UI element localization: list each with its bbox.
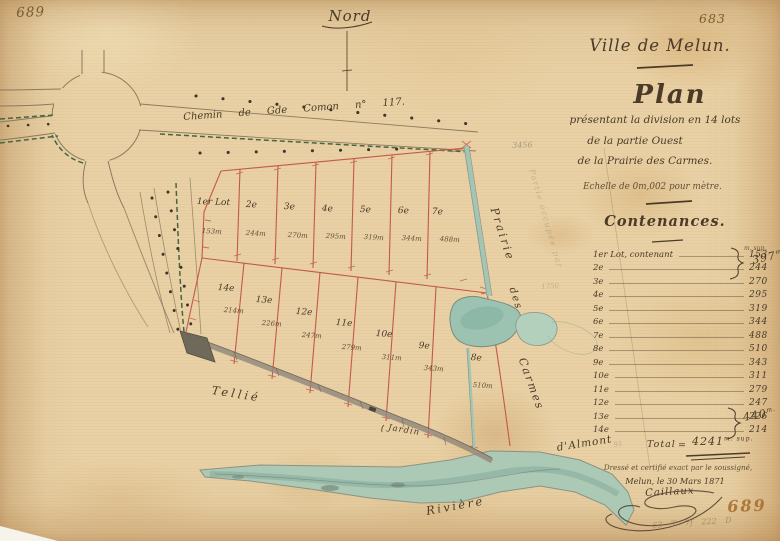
- row-leader: [609, 350, 744, 351]
- table-row: 3e270: [593, 273, 780, 287]
- row-leader: [609, 323, 744, 324]
- table-row: 10e311: [593, 368, 780, 382]
- table-row: 6e344: [593, 314, 780, 328]
- lot-label-1: 1er Lot: [197, 197, 231, 208]
- lot-area-6: 344m: [402, 234, 422, 243]
- total-label: Total: [647, 439, 676, 450]
- row-value: 270: [749, 277, 780, 287]
- table-row: 11e279: [593, 381, 780, 395]
- group-subtotal-unit: m.: [775, 247, 780, 256]
- title-subtitle1: présentant la division en 14 lots: [537, 114, 773, 126]
- table-row: 5e319: [593, 300, 780, 314]
- row-leader: [615, 391, 744, 392]
- total-value-unit: m. sup.: [724, 435, 753, 442]
- group-subtotal-unit: m.: [766, 405, 777, 414]
- lot-label-2: 2e: [246, 200, 257, 210]
- row-lot: 1er Lot, contenant: [593, 250, 673, 260]
- row-value: 214: [749, 425, 780, 435]
- river: [200, 451, 634, 525]
- row-leader: [609, 337, 744, 338]
- lot-label-10: 10e: [375, 329, 392, 340]
- lot-label-7: 7e: [432, 207, 443, 217]
- table-row: 7e488: [593, 327, 780, 341]
- archive-stamp: 689: [727, 496, 767, 516]
- row-leader: [615, 431, 744, 432]
- table-row: 4e295: [593, 287, 780, 301]
- row-leader: [609, 364, 744, 365]
- row-lot: 6e: [593, 317, 603, 327]
- pencil-3456: 3456: [512, 140, 533, 150]
- contenances-table: 1er Lot, contenant153 2e244 3e270 4e295 …: [593, 246, 780, 435]
- row-lot: 7e: [593, 331, 603, 341]
- lot-area-9: 343m: [423, 364, 444, 373]
- row-value: 343: [749, 358, 780, 368]
- lot-label-6: 6e: [398, 206, 409, 216]
- ref-number-top-left: 689: [16, 4, 45, 21]
- lot-label-5: 5e: [360, 205, 371, 215]
- lot-area-13: 226m: [261, 319, 282, 328]
- lot-area-7: 488m: [440, 235, 460, 244]
- lot-area-1: 153m: [202, 227, 222, 236]
- total-value: 4241m. sup.: [692, 435, 753, 448]
- roundabout: [0, 50, 174, 333]
- title-subtitle2: de la partie Ouest: [560, 135, 710, 147]
- water-channel: [464, 146, 492, 296]
- title-city: Ville de Melun.: [575, 36, 745, 55]
- row-lot: 12e: [593, 398, 609, 408]
- lot-area-4: 295m: [326, 232, 346, 241]
- table-row: 8e510: [593, 341, 780, 355]
- lot-area-10: 311m: [381, 353, 402, 362]
- row-lot: 9e: [593, 358, 603, 368]
- title-subtitle3: de la Prairie des Carmes.: [555, 155, 735, 167]
- lot-area-12: 247m: [301, 331, 322, 340]
- lot-area-3: 270m: [288, 231, 308, 240]
- lot-label-13: 13e: [255, 295, 272, 306]
- place-date-line: Melun, le 30 Mars 1871: [600, 476, 750, 486]
- row-leader: [615, 418, 744, 419]
- pencil-91: 91: [613, 440, 623, 449]
- row-lot: 4e: [593, 290, 603, 300]
- lot-area-14: 214m: [223, 306, 244, 315]
- row-lot: 5e: [593, 304, 603, 314]
- table-row: 9e343: [593, 354, 780, 368]
- total-value-number: 4241: [692, 435, 724, 448]
- lot-label-8: 8e: [470, 353, 482, 364]
- lot-area-11: 279m: [341, 343, 362, 352]
- lot-area-5: 319m: [364, 233, 384, 242]
- title-plan: Plan: [630, 80, 710, 110]
- left-path-lines: [140, 178, 201, 334]
- building: [180, 331, 215, 362]
- scanned-map-sheet: 689 683 689 63 T 7f 222 D Nord Chemin de…: [0, 0, 780, 541]
- row-value: 295: [749, 290, 780, 300]
- row-lot: 8e: [593, 344, 603, 354]
- lot-area-2: 244m: [246, 229, 266, 238]
- row-lot: 10e: [593, 371, 609, 381]
- row-leader: [609, 269, 744, 270]
- ref-number-top-right: 683: [699, 11, 726, 26]
- north-label: Nord: [318, 7, 382, 25]
- row-leader: [609, 296, 744, 297]
- lot-label-4: 4e: [322, 204, 333, 214]
- row-lot: 11e: [593, 385, 609, 395]
- north-arrow-line: [322, 22, 372, 91]
- row-lot: 3e: [593, 277, 603, 287]
- row-value: 344: [749, 317, 780, 327]
- table-row: 12e247: [593, 395, 780, 409]
- lot-label-12: 12e: [295, 307, 312, 318]
- row-leader: [679, 256, 744, 257]
- lot-label-11: 11e: [335, 318, 352, 329]
- row-lot: 14e: [593, 425, 609, 435]
- hedge-lines: [0, 115, 470, 332]
- table-row: 14e214: [593, 422, 780, 436]
- row-leader: [615, 377, 744, 378]
- row-leader: [609, 283, 744, 284]
- row-leader: [609, 310, 744, 311]
- contenances-heading: Contenances.: [600, 213, 730, 230]
- row-value: 279: [749, 385, 780, 395]
- certification-line: Dressé et certifié exact par le soussign…: [588, 463, 768, 472]
- lot-area-8: 510m: [472, 381, 493, 390]
- jardin-tick: [382, 425, 384, 432]
- lot-label-9: 9e: [418, 341, 430, 352]
- total-equals: =: [678, 440, 686, 451]
- row-leader: [615, 404, 744, 405]
- row-lot: 13e: [593, 412, 609, 422]
- row-value: 319: [749, 304, 780, 314]
- lot-label-14: 14e: [217, 283, 234, 294]
- row-value: 488: [749, 331, 780, 341]
- lot-label-3: 3e: [284, 202, 295, 212]
- red-dimension-ticks: [190, 141, 490, 448]
- row-value: 510: [749, 344, 780, 354]
- row-value: 311: [749, 371, 780, 381]
- title-scale: Echelle de 0m,002 pour mètre.: [575, 182, 730, 192]
- row-lot: 2e: [593, 263, 603, 273]
- pencil-1750: 1750: [541, 282, 559, 291]
